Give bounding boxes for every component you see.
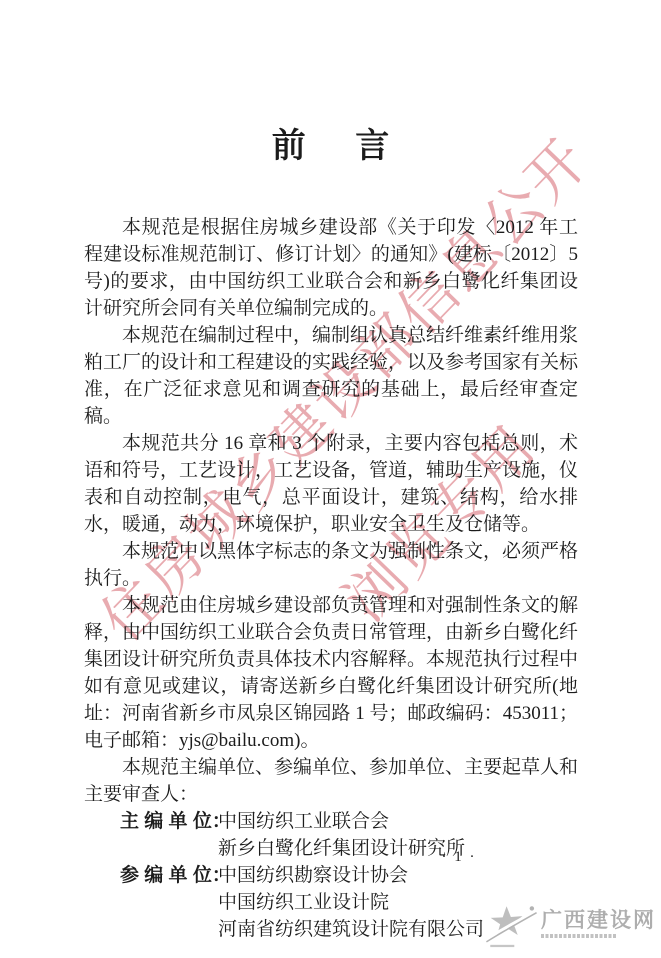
paragraph-1: 本规范是根据住房城乡建设部《关于印发〈2012 年工程建设标准规范制订、修订计划…	[84, 214, 578, 322]
unit-value: 中国纺织工业联合会	[218, 808, 578, 835]
paragraph-3: 本规范共分 16 章和 3 个附录，主要内容包括总则，术语和符号，工艺设计，工艺…	[84, 430, 578, 538]
unit-label-empty	[120, 835, 218, 862]
unit-label-empty	[120, 889, 218, 916]
unit-value: 中国纺织勘察设计协会	[218, 862, 578, 889]
unit-label-chief-editor: 主 编 单 位：	[120, 808, 218, 835]
unit-label-empty	[120, 916, 218, 943]
unit-label-co-editor: 参 编 单 位：	[120, 862, 218, 889]
paragraph-6: 本规范主编单位、参编单位、参加单位、主要起草人和主要审查人：	[84, 754, 578, 808]
preface-paragraphs: 本规范是根据住房城乡建设部《关于印发〈2012 年工程建设标准规范制订、修订计划…	[84, 214, 578, 808]
page-title: 前 言	[84, 124, 578, 168]
paragraph-4: 本规范中以黑体字标志的条文为强制性条文，必须严格执行。	[84, 538, 578, 592]
unit-value: 新乡白鹭化纤集团设计研究所	[218, 835, 578, 862]
unit-row: 参 编 单 位： 中国纺织勘察设计协会	[84, 862, 578, 889]
logo-tagline	[541, 934, 617, 938]
logo-text: 广西建设网	[541, 909, 656, 931]
logo-text-block: 广西建设网	[541, 902, 656, 938]
paragraph-2: 本规范在编制过程中，编制组认真总结纤维素纤维用浆粕工厂的设计和工程建设的实践经验…	[84, 322, 578, 430]
paragraph-5: 本规范由住房城乡建设部负责管理和对强制性条文的解释，由中国纺织工业联合会负责日常…	[84, 592, 578, 754]
document-page: 住房城乡建设部信息公开 浏览专用 前 言 本规范是根据住房城乡建设部《关于印发〈…	[0, 0, 661, 958]
page-number: · 1 ·	[414, 849, 504, 866]
unit-row: 主 编 单 位： 中国纺织工业联合会	[84, 808, 578, 835]
page-content: 前 言 本规范是根据住房城乡建设部《关于印发〈2012 年工程建设标准规范制订、…	[0, 0, 661, 943]
site-logo: 广西建设网	[482, 902, 656, 950]
star-swoosh-icon	[482, 902, 538, 950]
